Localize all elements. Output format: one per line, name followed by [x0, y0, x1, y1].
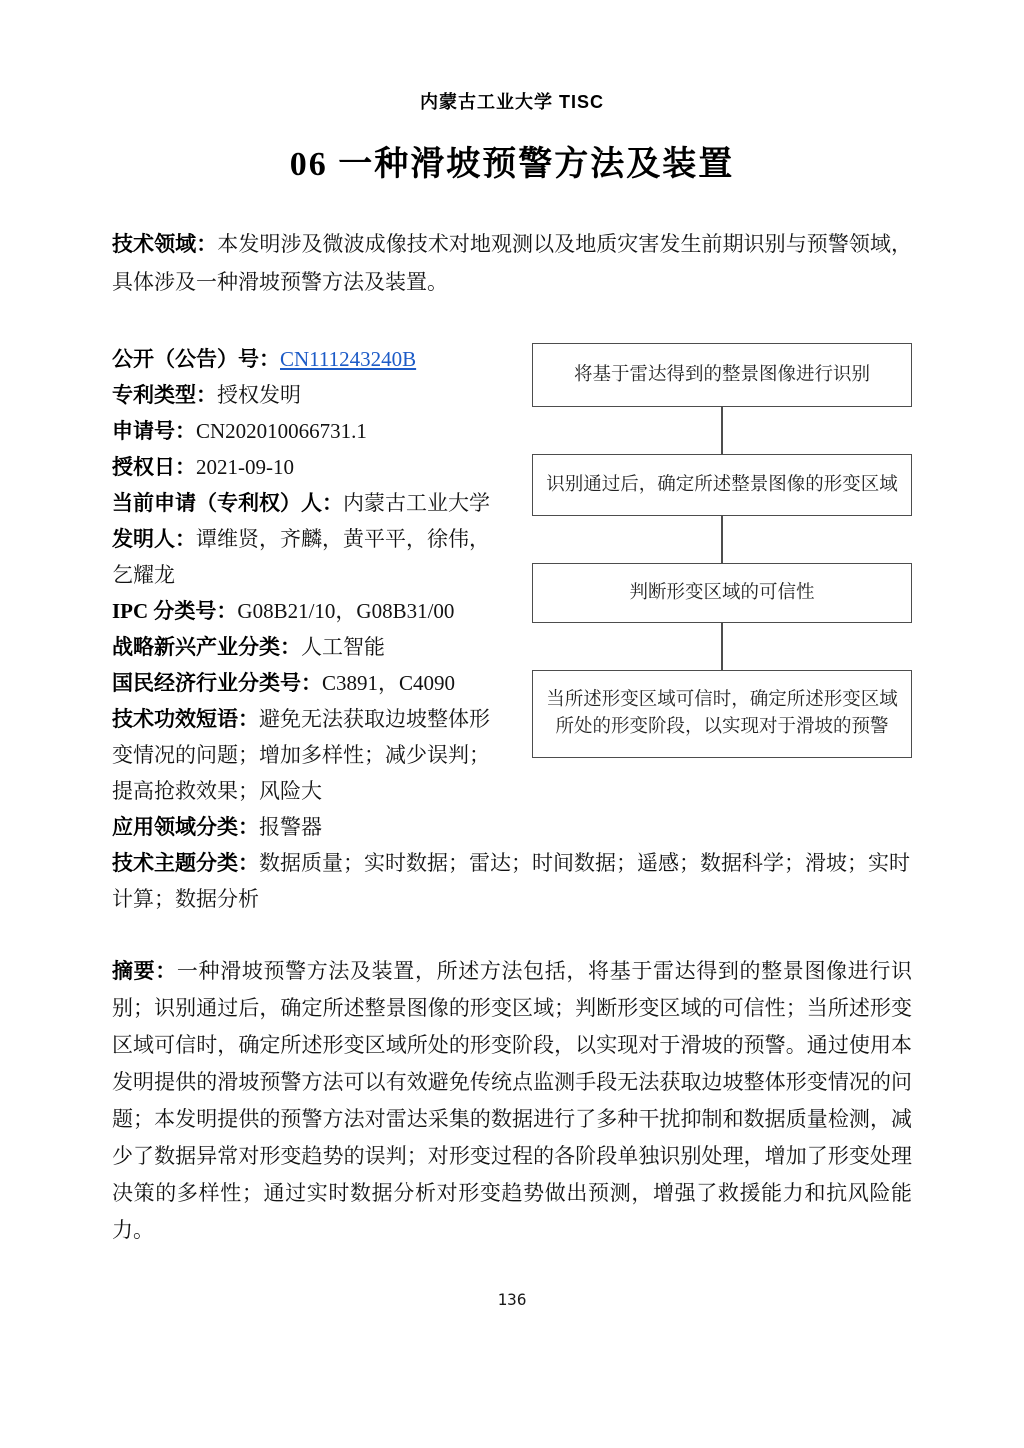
flowchart-step-4: 当所述形变区域可信时，确定所述形变区域所处的形变阶段，以实现对于滑坡的预警	[532, 670, 912, 758]
flowchart-connector-2	[721, 516, 723, 563]
field-label: 公开（公告）号：	[112, 347, 280, 371]
field-value: 内蒙古工业大学	[343, 491, 490, 515]
page-title: 06 一种滑坡预警方法及装置	[112, 136, 912, 185]
field-technical-topic: 技术主题分类：数据质量；实时数据；雷达；时间数据；遥感；数据科学；滑坡；实时计算…	[112, 845, 912, 917]
field-label: 发明人：	[112, 527, 196, 551]
flowchart-step-3: 判断形变区域的可信性	[532, 563, 912, 623]
field-label: 申请号：	[112, 419, 196, 443]
tech-field-label: 技术领域：	[112, 232, 217, 256]
abstract-label: 摘要：	[112, 959, 177, 983]
document-page: 内蒙古工业大学 TISC 06 一种滑坡预警方法及装置 技术领域：本发明涉及微波…	[0, 0, 1024, 1448]
abstract-paragraph: 摘要：一种滑坡预警方法及装置，所述方法包括，将基于雷达得到的整景图像进行识别；识…	[112, 953, 912, 1249]
field-value: G08B21/10，G08B31/00	[237, 599, 454, 623]
field-application-domain: 应用领域分类：报警器	[112, 809, 912, 845]
field-label: 技术功效短语：	[112, 707, 259, 731]
flowchart-connector-1	[721, 407, 723, 454]
field-value: 授权发明	[217, 383, 301, 407]
field-value: 报警器	[259, 815, 322, 839]
page-number: 136	[0, 1290, 1024, 1309]
flowchart-connector-3	[721, 623, 723, 670]
field-label: 授权日：	[112, 455, 196, 479]
field-label: 战略新兴产业分类：	[112, 635, 301, 659]
field-label: 技术主题分类：	[112, 851, 259, 875]
field-label: 应用领域分类：	[112, 815, 259, 839]
abstract-text: 一种滑坡预警方法及装置，所述方法包括，将基于雷达得到的整景图像进行识别；识别通过…	[112, 959, 912, 1242]
tech-field-paragraph: 技术领域：本发明涉及微波成像技术对地观测以及地质灾害发生前期识别与预警领域，具体…	[112, 225, 912, 301]
publication-number-link[interactable]: CN111243240B	[280, 347, 416, 371]
field-label: IPC 分类号：	[112, 599, 237, 623]
patent-details-section: 将基于雷达得到的整景图像进行识别 识别通过后，确定所述整景图像的形变区域 判断形…	[112, 341, 912, 917]
flowchart-step-2: 识别通过后，确定所述整景图像的形变区域	[532, 454, 912, 516]
field-label: 专利类型：	[112, 383, 217, 407]
document-header: 内蒙古工业大学 TISC	[112, 88, 912, 114]
field-value: CN202010066731.1	[196, 419, 367, 443]
field-value: C3891，C4090	[322, 671, 455, 695]
field-label: 当前申请（专利权）人：	[112, 491, 343, 515]
tech-field-text: 本发明涉及微波成像技术对地观测以及地质灾害发生前期识别与预警领域，具体涉及一种滑…	[112, 232, 912, 294]
field-value: 人工智能	[301, 635, 385, 659]
method-flowchart: 将基于雷达得到的整景图像进行识别 识别通过后，确定所述整景图像的形变区域 判断形…	[532, 343, 912, 758]
field-label: 国民经济行业分类号：	[112, 671, 322, 695]
flowchart-step-1: 将基于雷达得到的整景图像进行识别	[532, 343, 912, 407]
field-value: 2021-09-10	[196, 455, 294, 479]
